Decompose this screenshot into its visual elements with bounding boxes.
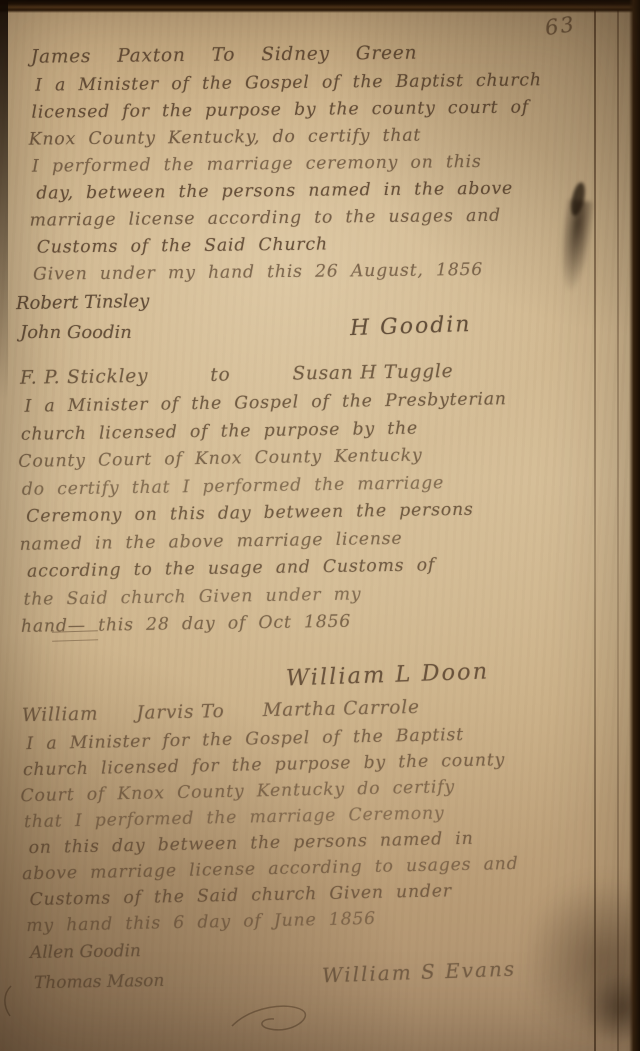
photo-edge-left: [0, 0, 8, 400]
header-name-part: Jarvis To: [136, 701, 225, 724]
header-name-part: F. P. Stickley: [20, 366, 149, 389]
pen-flourish-icon: [226, 1000, 322, 1046]
header-name-part: Green: [356, 43, 418, 65]
header-name-part: William: [22, 704, 99, 727]
header-name-part: Susan H Tuggle: [292, 361, 453, 385]
photographed-register-page: 63 JamesPaxtonToSidneyGreen I a Minister…: [0, 0, 640, 1051]
certificate-text: I a Minister of the Gospel of the Presby…: [20, 386, 506, 641]
header-name-part: to: [210, 364, 231, 385]
page-edge-line: [617, 8, 619, 1051]
witness-signature-robert-tinsley: Robert Tinsley: [16, 291, 150, 314]
minister-signature-h-goodin: H Goodin: [350, 312, 472, 341]
header-name-part: Martha Carrole: [262, 697, 420, 721]
pen-scratch-mark: [52, 630, 98, 642]
header-name-part: James: [31, 46, 92, 68]
witness-signature-john-goodin: John Goodin: [20, 322, 132, 343]
entry-header: JamesPaxtonToSidneyGreen: [31, 41, 538, 67]
page-crease-line: [594, 8, 596, 1051]
witness-signature-thomas-mason: Thomas Mason: [34, 971, 165, 993]
header-name-part: Sidney: [261, 44, 330, 66]
pen-bracket-icon: [0, 984, 16, 1022]
witness-signature-allen-goodin: Allen Goodin: [30, 941, 141, 963]
header-name-part: To: [212, 45, 236, 66]
certificate-text: I a Minister for the Gospel of the Bapti…: [22, 721, 523, 939]
handwritten-line: I a Minister of the Gospel of the Baptis…: [35, 67, 542, 99]
page-number: 63: [543, 12, 577, 40]
marriage-entry-stickley-tuggle: F. P. StickleytoSusan H Tuggle I a Minis…: [20, 360, 507, 641]
handwritten-line: Given under my hand this 26 August, 1856: [33, 256, 540, 288]
marriage-entry-paxton-green: JamesPaxtonToSidneyGreen I a Minister of…: [31, 41, 540, 288]
photo-edge-right: [629, 0, 640, 1051]
photo-edge-top: [0, 0, 640, 13]
marriage-entry-jarvis-carrole: WilliamJarvis ToMartha Carrole I a Minis…: [22, 695, 523, 939]
certificate-text: I a Minister of the Gospel of the Baptis…: [31, 67, 540, 288]
header-name-part: Paxton: [117, 45, 186, 67]
